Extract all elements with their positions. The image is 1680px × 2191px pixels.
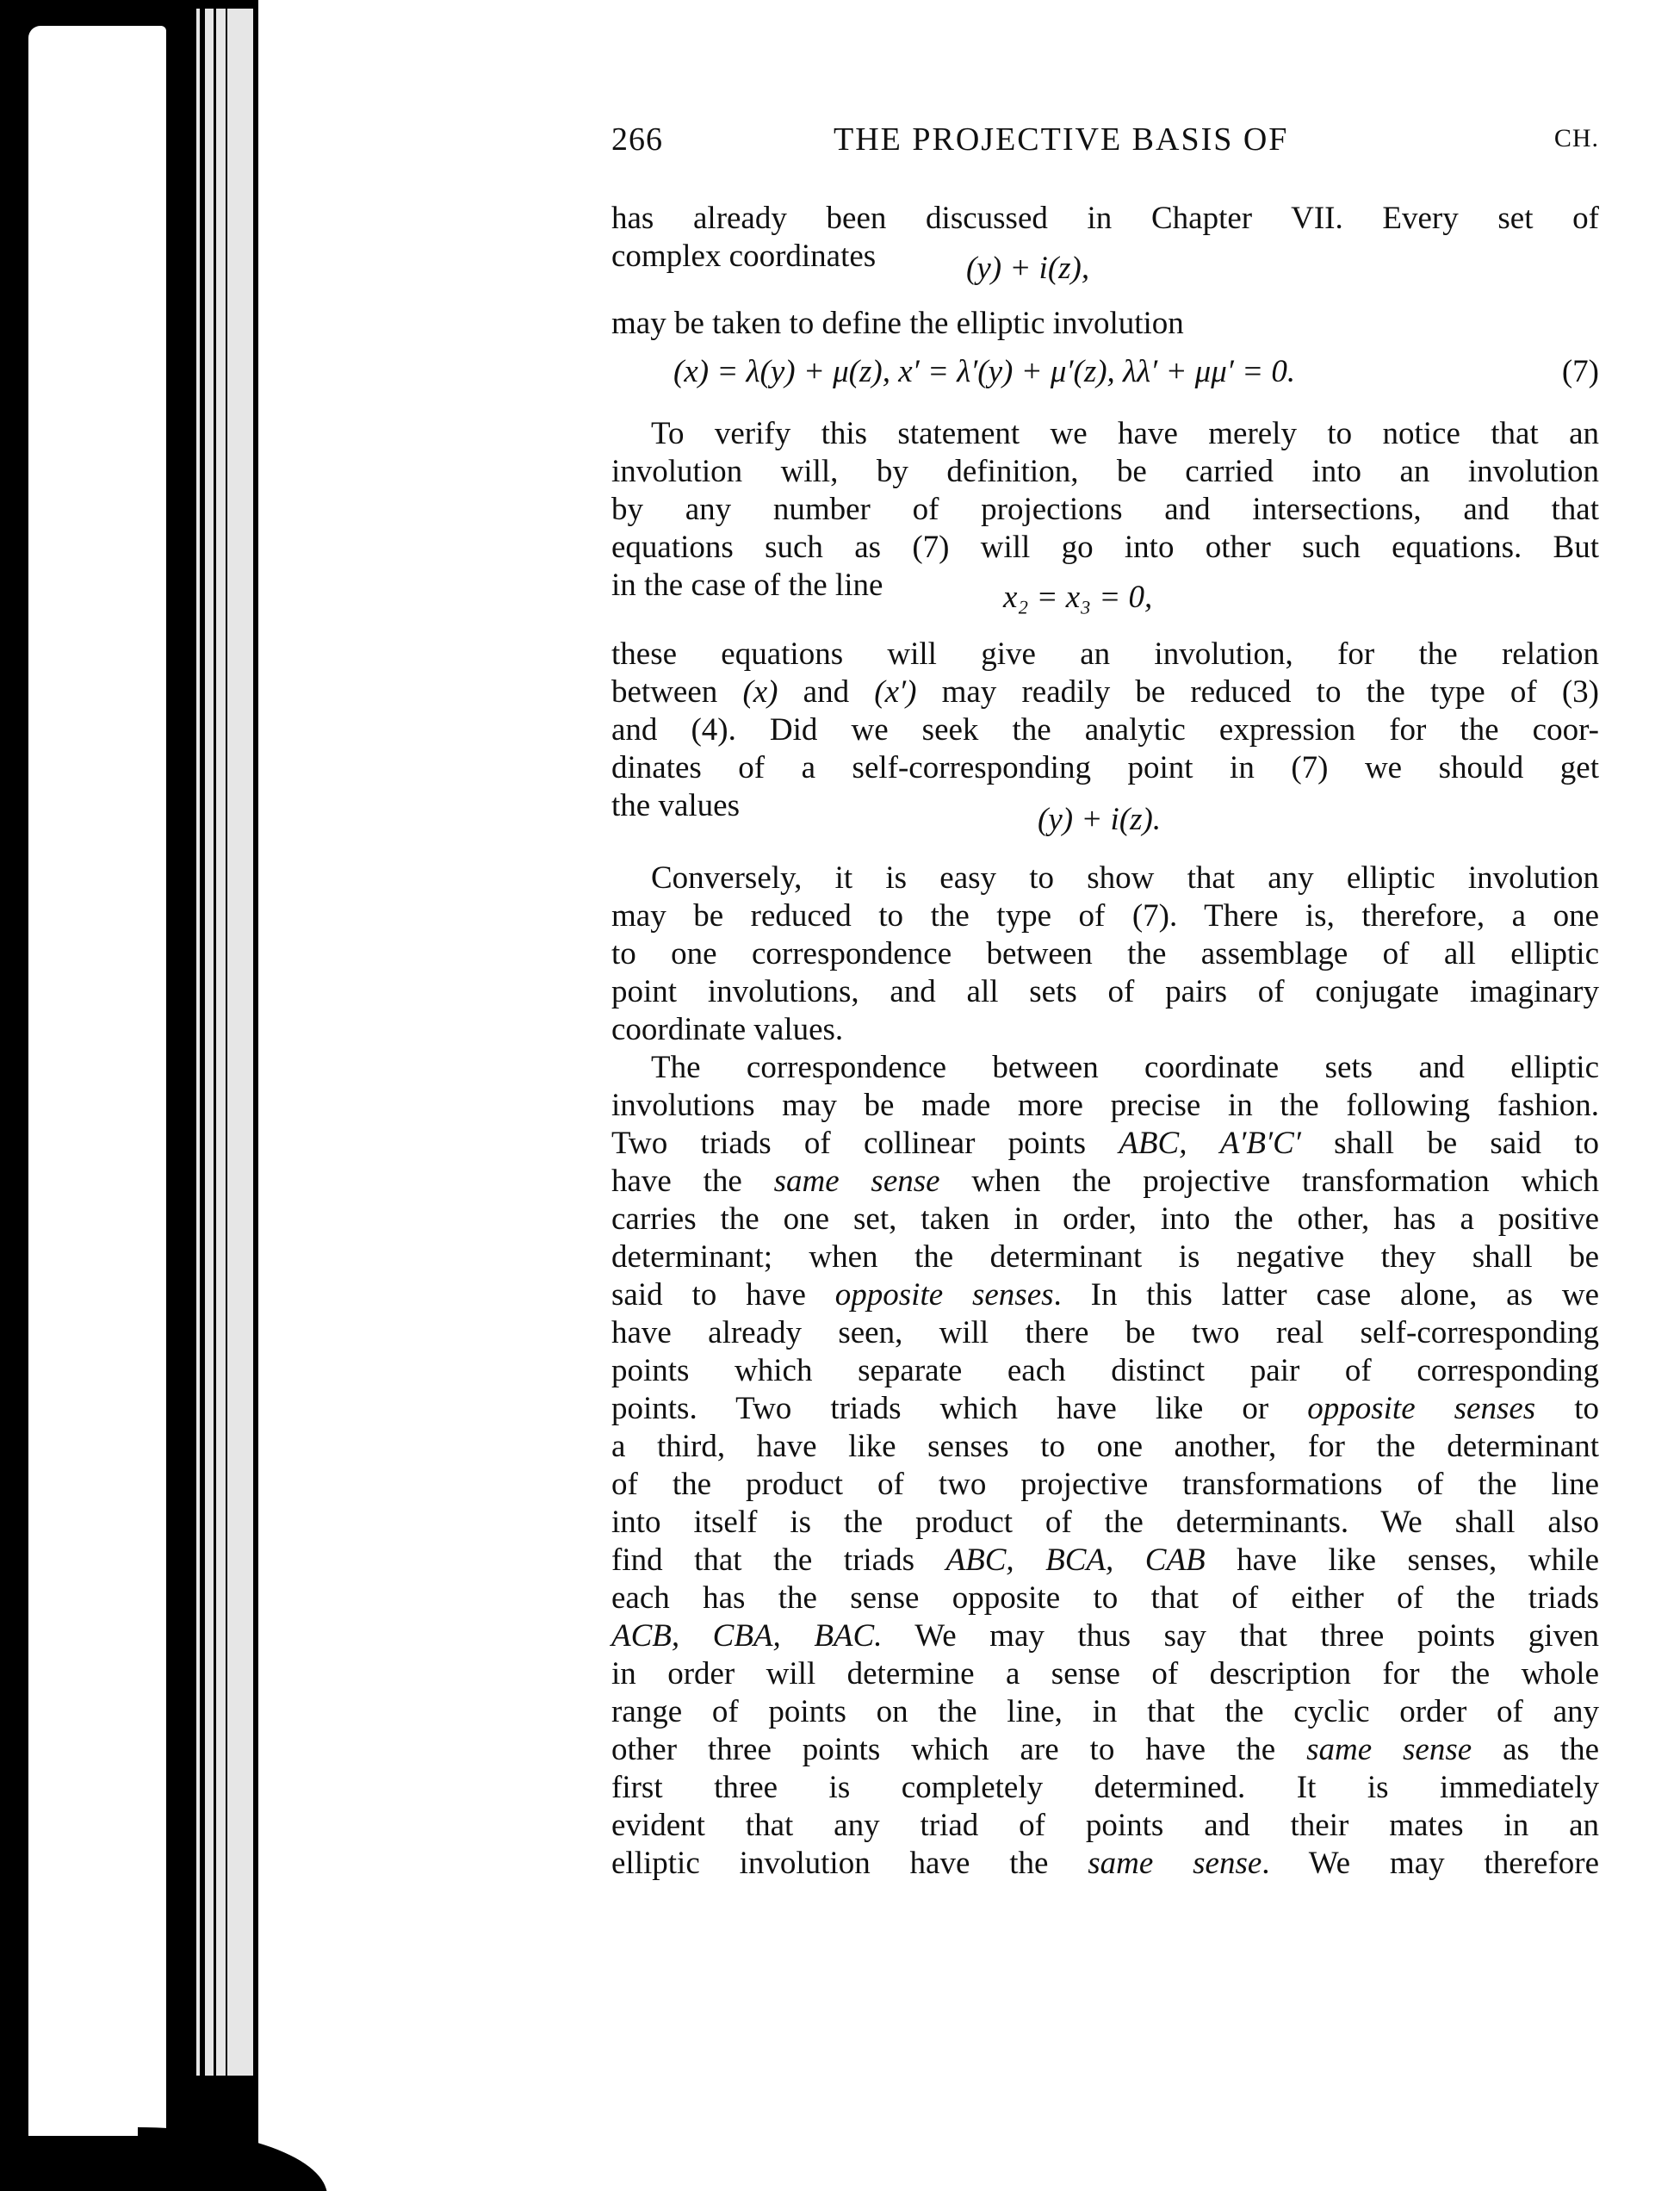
page-body: has already been discussed in Chapter VI… xyxy=(611,200,1599,1883)
text-line: may be reduced to the type of (7). There… xyxy=(611,897,1599,935)
text-line: The correspondence between coordinate se… xyxy=(611,1049,1599,1087)
text-line: To verify this statement we have merely … xyxy=(611,415,1599,453)
paragraph-these: these equations will give an involution,… xyxy=(611,636,1599,825)
text-line: to one correspondence between the assemb… xyxy=(611,935,1599,973)
book-binding-scan-edge xyxy=(0,0,258,2191)
text-line: may be taken to define the elliptic invo… xyxy=(611,305,1599,343)
gutter-page-stack xyxy=(191,9,253,2076)
text-line: coordinate values. xyxy=(611,1011,1599,1049)
text-line: each has the sense opposite to that of e… xyxy=(611,1580,1599,1617)
text-line: have already seen, will there be two rea… xyxy=(611,1314,1599,1352)
text-line: range of points on the line, in that the… xyxy=(611,1693,1599,1731)
text-line: involution will, by definition, be carri… xyxy=(611,453,1599,491)
text-line: and (4). Did we seek the analytic expres… xyxy=(611,711,1599,749)
text-line: points. Two triads which have like or op… xyxy=(611,1390,1599,1428)
text-line: said to have opposite senses. In this la… xyxy=(611,1276,1599,1314)
equation-7-expression: (x) = λ(y) + μ(z), x′ = λ′(y) + μ′(z), λ… xyxy=(673,353,1295,391)
text-line: these equations will give an involution,… xyxy=(611,636,1599,673)
equation-line: x₂ = x₃ = 0, xyxy=(1003,579,1599,617)
running-head: 266 THE PROJECTIVE BASIS OF CH. xyxy=(611,121,1599,164)
text-line: point involutions, and all sets of pairs… xyxy=(611,973,1599,1011)
paragraph-verify: To verify this statement we have merely … xyxy=(611,415,1599,605)
text-line: have the same sense when the projective … xyxy=(611,1163,1599,1201)
text-line: elliptic involution have the same sense.… xyxy=(611,1845,1599,1883)
text-line: determinant; when the determinant is neg… xyxy=(611,1238,1599,1276)
text-line: evident that any triad of points and the… xyxy=(611,1807,1599,1845)
text-line: other three points which are to have the… xyxy=(611,1731,1599,1769)
text-line: into itself is the product of the determ… xyxy=(611,1504,1599,1542)
text-line: equations such as (7) will go into other… xyxy=(611,529,1599,567)
page-number: 266 xyxy=(611,121,663,158)
text-line: first three is completely determined. It… xyxy=(611,1769,1599,1807)
text-line: by any number of projections and interse… xyxy=(611,491,1599,529)
equation-complex-coords: (y) + i(z), xyxy=(966,250,1599,288)
text-line: a third, have like senses to one another… xyxy=(611,1428,1599,1466)
text-line: Conversely, it is easy to show that any … xyxy=(611,860,1599,897)
text-line: points which separate each distinct pair… xyxy=(611,1352,1599,1390)
running-title: THE PROJECTIVE BASIS OF xyxy=(834,121,1288,158)
chapter-abbrev: CH. xyxy=(1554,124,1599,153)
equation-7-tag: (7) xyxy=(1562,353,1599,391)
text-line: in order will determine a sense of descr… xyxy=(611,1655,1599,1693)
text-line: carries the one set, taken in order, int… xyxy=(611,1201,1599,1238)
equation-7: (x) = λ(y) + μ(z), x′ = λ′(y) + μ′(z), λ… xyxy=(611,350,1599,401)
text-line: ACB, CBA, BAC. We may thus say that thre… xyxy=(611,1617,1599,1655)
text-line: involutions may be made more precise in … xyxy=(611,1087,1599,1125)
text-line: find that the triads ABC, BCA, CAB have … xyxy=(611,1542,1599,1580)
text-line: has already been discussed in Chapter VI… xyxy=(611,200,1599,238)
text-line: between (x) and (x′) may readily be redu… xyxy=(611,673,1599,711)
equation-values: (y) + i(z). xyxy=(1038,801,1599,839)
paragraph-correspondence: The correspondence between coordinate se… xyxy=(611,1049,1599,1883)
text-line: Two triads of collinear points ABC, A′B′… xyxy=(611,1125,1599,1163)
text-line: of the product of two projective transfo… xyxy=(611,1466,1599,1504)
text-line: dinates of a self-corresponding point in… xyxy=(611,749,1599,787)
facing-page-edge xyxy=(28,26,166,2136)
binding-corner-shadow xyxy=(138,2127,327,2191)
paragraph-conversely: Conversely, it is easy to show that any … xyxy=(611,860,1599,1049)
